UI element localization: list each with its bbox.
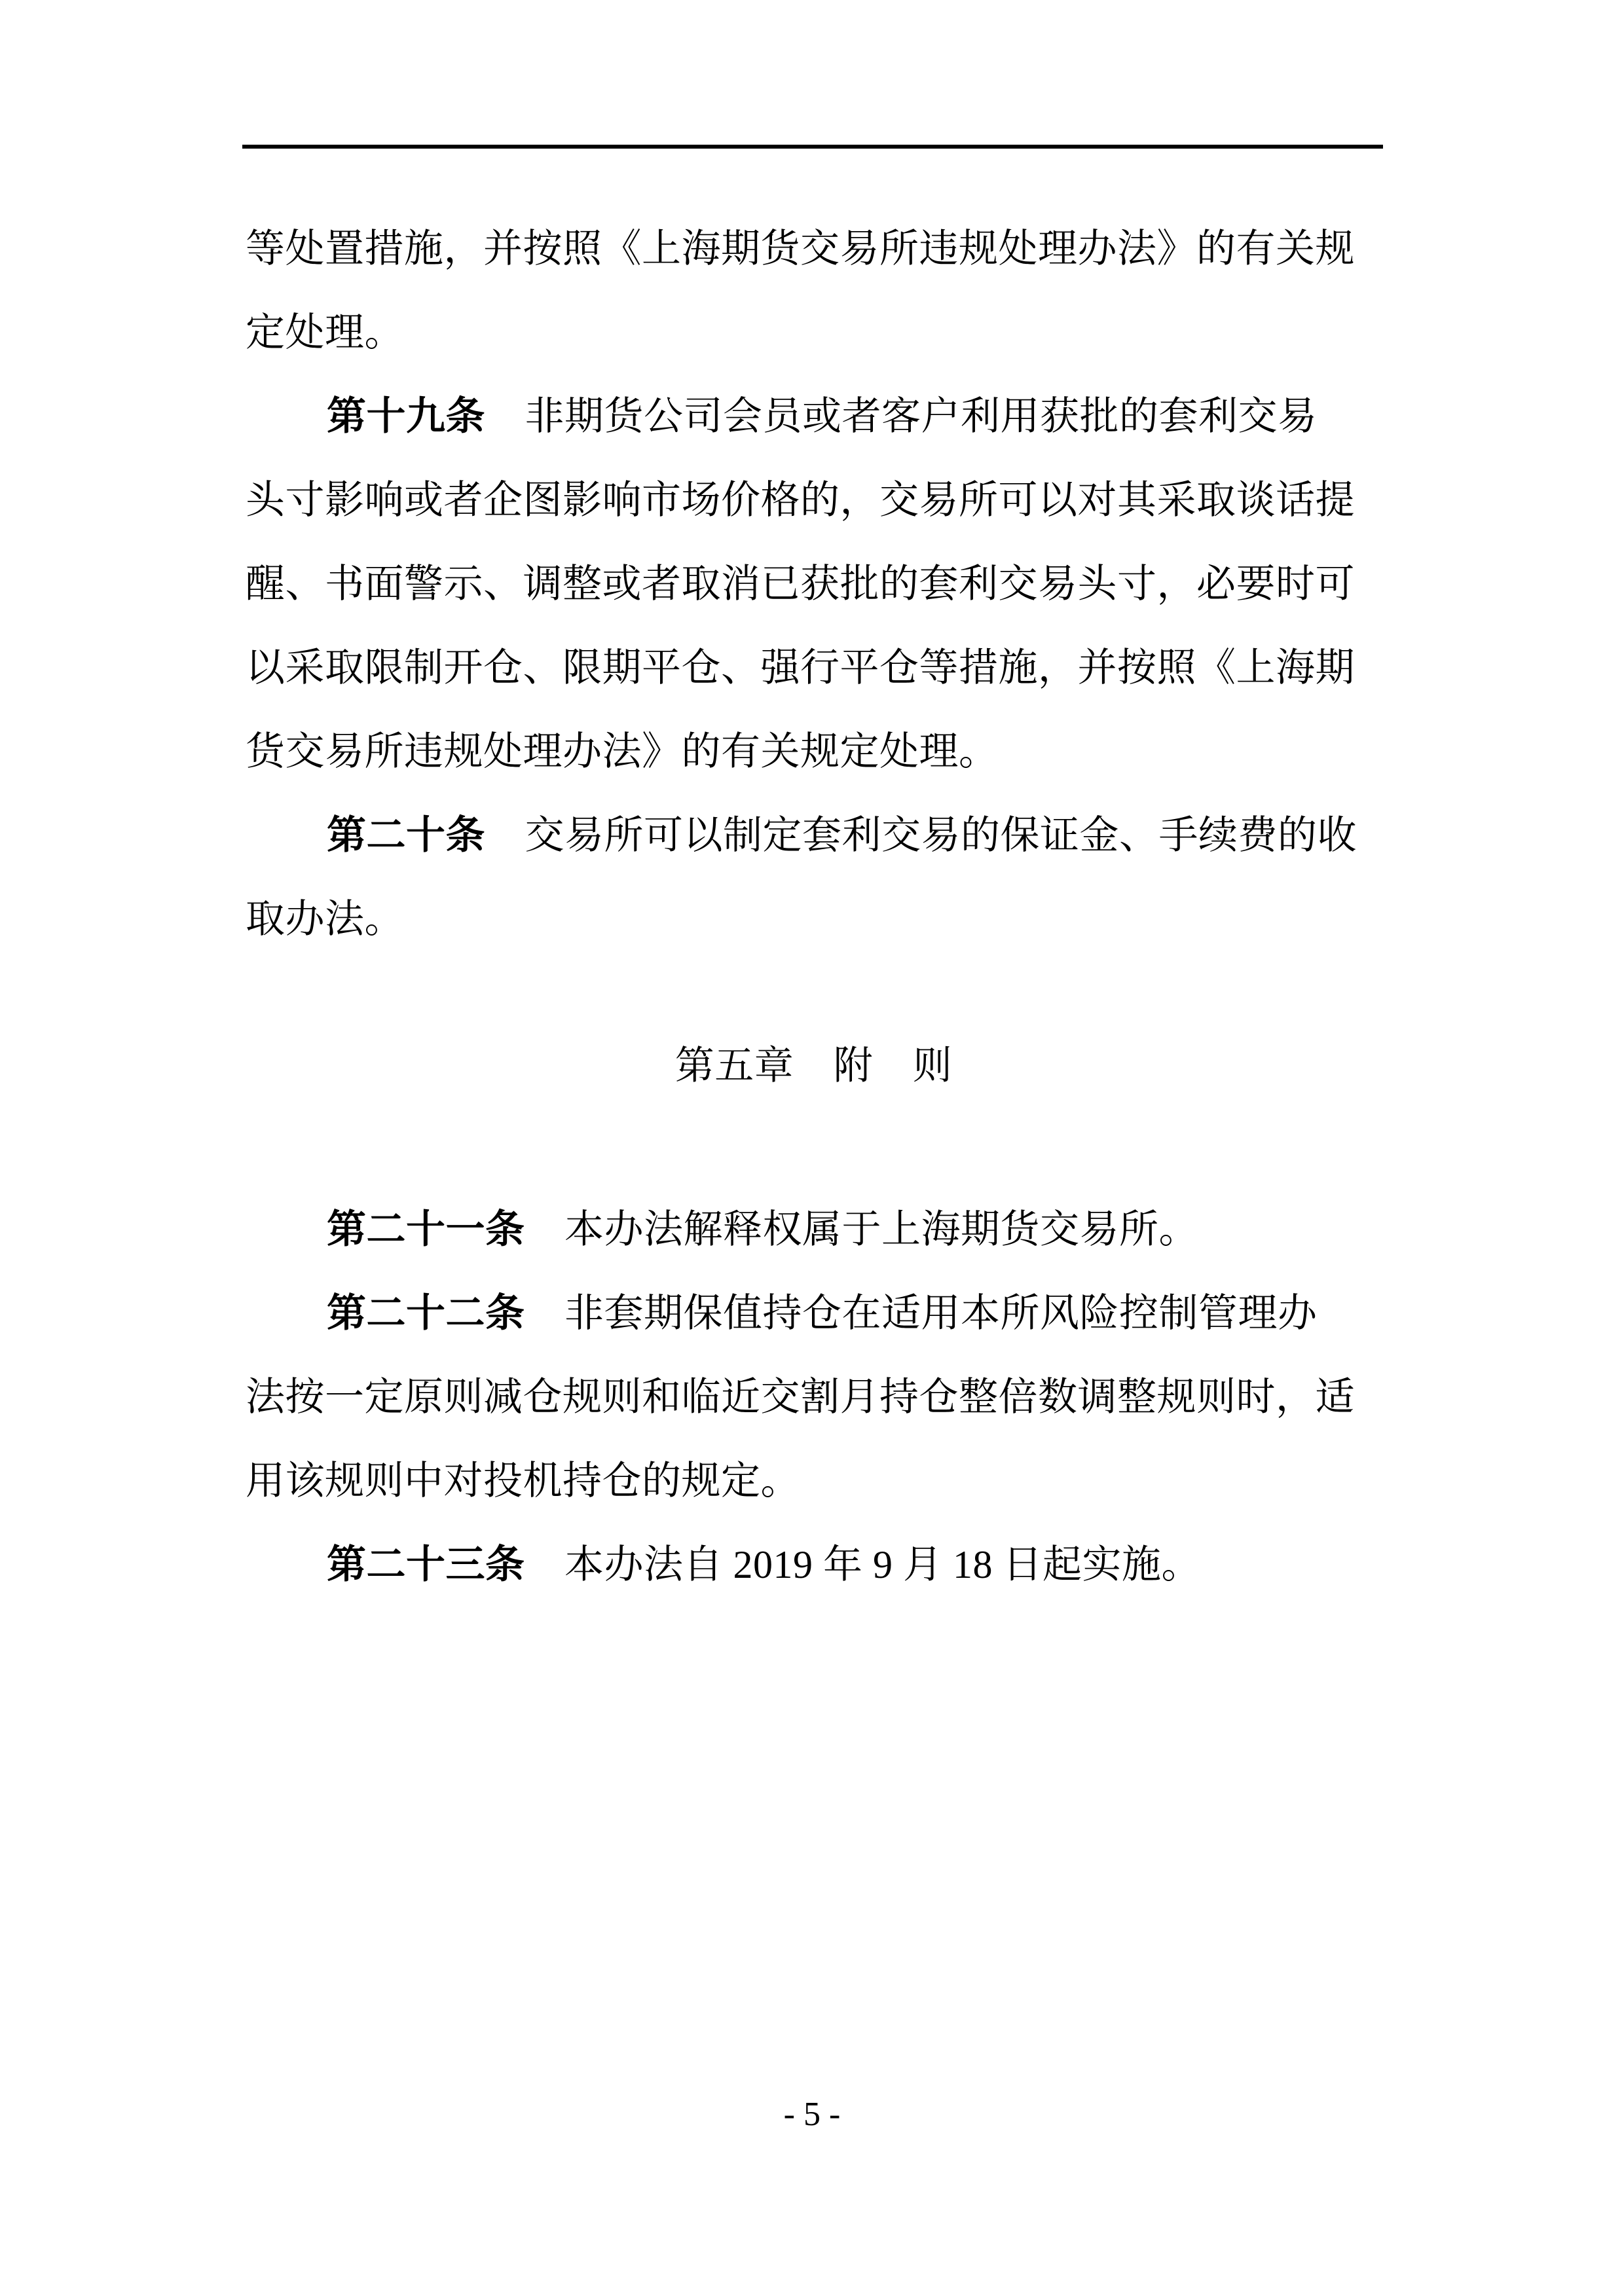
article-20-number: 第二十条 xyxy=(327,814,485,857)
paragraph-line: 头寸影响或者企图影响市场价格的，交易所可以对其采取谈话提 xyxy=(246,458,1382,542)
article-19-number: 第十九条 xyxy=(327,395,485,438)
paragraph-line: 以采取限制开仓、限期平仓、强行平仓等措施，并按照《上海期 xyxy=(246,626,1382,710)
document-page: 等处置措施，并按照《上海期货交易所违规处理办法》的有关规 定处理。 第十九条 非… xyxy=(0,0,1624,2296)
page-number: - 5 - xyxy=(0,2082,1624,2147)
paragraph-line: 用该规则中对投机持仓的规定。 xyxy=(246,1439,1382,1523)
paragraph-line: 等处置措施，并按照《上海期货交易所违规处理办法》的有关规 xyxy=(246,207,1382,291)
article-19-line: 第十九条 非期货公司会员或者客户利用获批的套利交易 xyxy=(246,374,1382,458)
header-rule xyxy=(242,145,1383,149)
article-20-line: 第二十条 交易所可以制定套利交易的保证金、手续费的收 xyxy=(246,793,1382,877)
document-body: 等处置措施，并按照《上海期货交易所违规处理办法》的有关规 定处理。 第十九条 非… xyxy=(246,207,1382,1607)
article-21-line: 第二十一条 本办法解释权属于上海期货交易所。 xyxy=(246,1188,1382,1271)
paragraph-line: 定处理。 xyxy=(246,291,1382,374)
chapter-5-heading: 第五章 附 则 xyxy=(246,1024,1382,1108)
paragraph-line: 醒、书面警示、调整或者取消已获批的套利交易头寸，必要时可 xyxy=(246,542,1382,626)
article-22-line: 第二十二条 非套期保值持仓在适用本所风险控制管理办 xyxy=(246,1271,1382,1355)
article-23-line: 第二十三条 本办法自 2019 年 9 月 18 日起实施。 xyxy=(246,1523,1382,1607)
article-21-number: 第二十一条 xyxy=(327,1208,525,1251)
article-23-number: 第二十三条 xyxy=(327,1543,525,1586)
article-22-number: 第二十二条 xyxy=(327,1292,525,1335)
paragraph-line: 取办法。 xyxy=(246,877,1382,961)
paragraph-line: 法按一定原则减仓规则和临近交割月持仓整倍数调整规则时，适 xyxy=(246,1355,1382,1439)
paragraph-line: 货交易所违规处理办法》的有关规定处理。 xyxy=(246,710,1382,793)
